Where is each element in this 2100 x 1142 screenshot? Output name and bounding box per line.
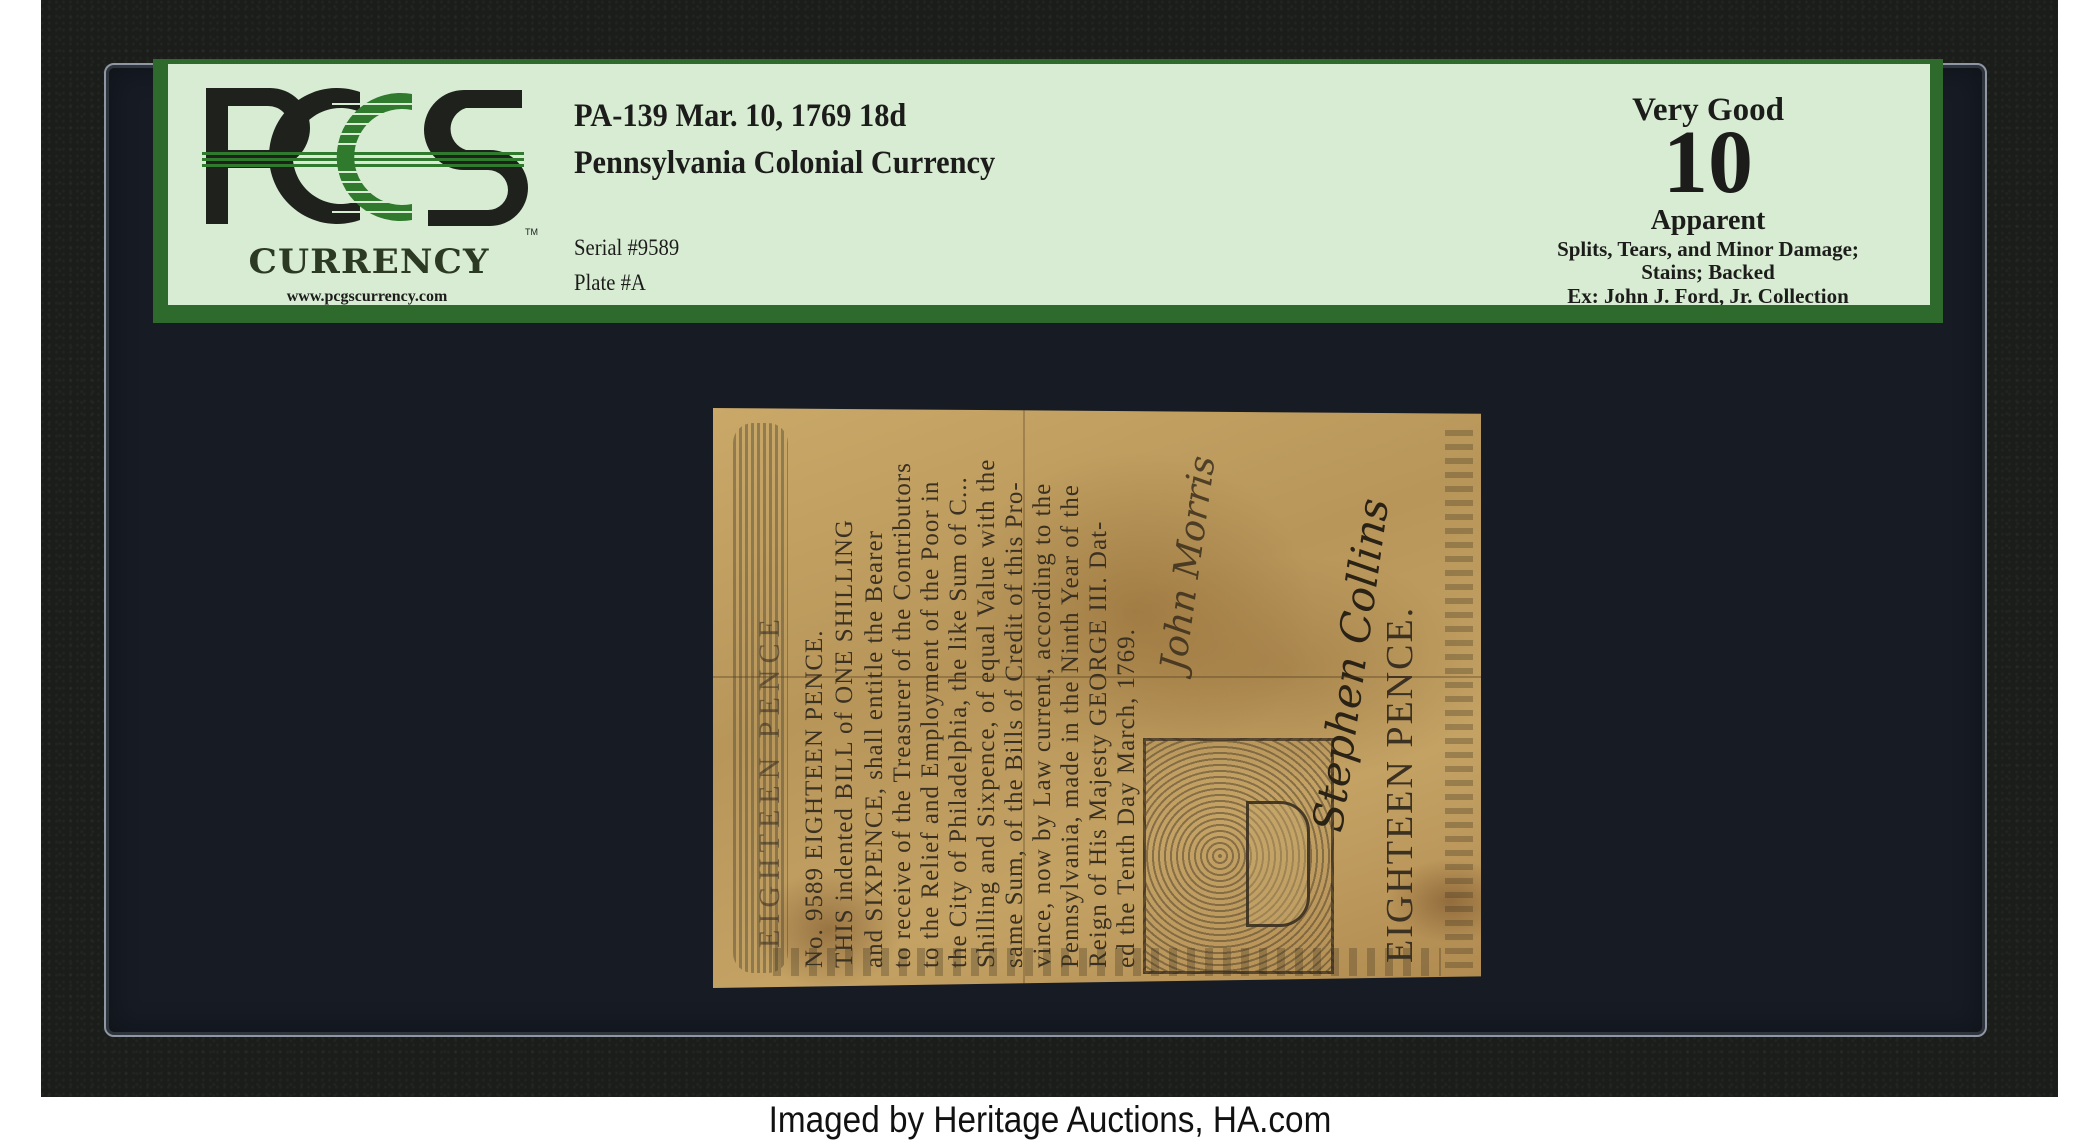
pcgs-logo-icon [192,80,532,240]
catalog-title: PA-139 Mar. 10, 1769 18d [574,98,906,135]
note-line: ed the Tenth Day March, 1769. [1113,628,1141,968]
note-fold-vertical [1023,408,1025,988]
note-denomination: EIGHTEEN PENCE. [1378,606,1422,963]
series-title: Pennsylvania Colonial Currency [574,145,995,182]
note-line: vince, now by Law current, according to … [1029,483,1057,968]
note-line: Pennsylvania, made in the Ninth Year of … [1057,484,1085,968]
note-line: Reign of His Majesty GEORGE III. Dat- [1085,521,1113,968]
note-line: Shilling and Sixpence, of equal Value wi… [973,459,1001,968]
serial-number: Serial #9589 [574,235,679,261]
logo-currency-text: CURRENCY [206,242,532,282]
plate-letter: Plate #A [574,270,646,296]
note-line: and SIXPENCE, shall entitle the Bearer [861,530,889,968]
trademark-mark: TM [525,227,538,237]
note-line: No. 9589 EIGHTEEN PENCE. [801,629,829,968]
website-url: www.pcgscurrency.com [192,288,542,305]
note-border-text: EIGHTEEN PENCE [753,613,787,948]
grade-qualifier: Apparent [1498,205,1918,237]
note-right-border-ornament [1445,428,1473,968]
note-line: to receive of the Treasurer of the Contr… [889,462,917,968]
pcgs-logo: TM CURRENCY www.pcgscurrency.com [192,80,532,300]
note-fold-horizontal [713,676,1481,678]
image-credit-caption: Imaged by Heritage Auctions, HA.com [105,1097,1995,1142]
grade-number: 10 [1498,118,1918,208]
grade-comment-2: Stains; Backed [1458,260,1930,285]
note-vignette-ornament [1143,738,1334,974]
label-panel: TM CURRENCY www.pcgscurrency.com PA-139 … [168,64,1930,305]
signature-1: John Morris [1153,453,1224,673]
grade-comment-1: Splits, Tears, and Minor Damage; [1458,237,1930,262]
note-line: to the Relief and Employment of the Poor… [917,481,945,968]
pcgs-grading-label: TM CURRENCY www.pcgscurrency.com PA-139 … [153,59,1943,323]
note-line: the City of Philadelphia, the like Sum o… [945,476,973,968]
note-line: THIS indented BILL of ONE SHILLING [831,519,859,968]
note-d-emblem [1246,801,1310,927]
colonial-banknote: EIGHTEEN PENCE No. 9589 EIGHTEEN PENCE. … [713,408,1481,988]
pedigree-comment: Ex: John J. Ford, Jr. Collection [1458,284,1930,305]
